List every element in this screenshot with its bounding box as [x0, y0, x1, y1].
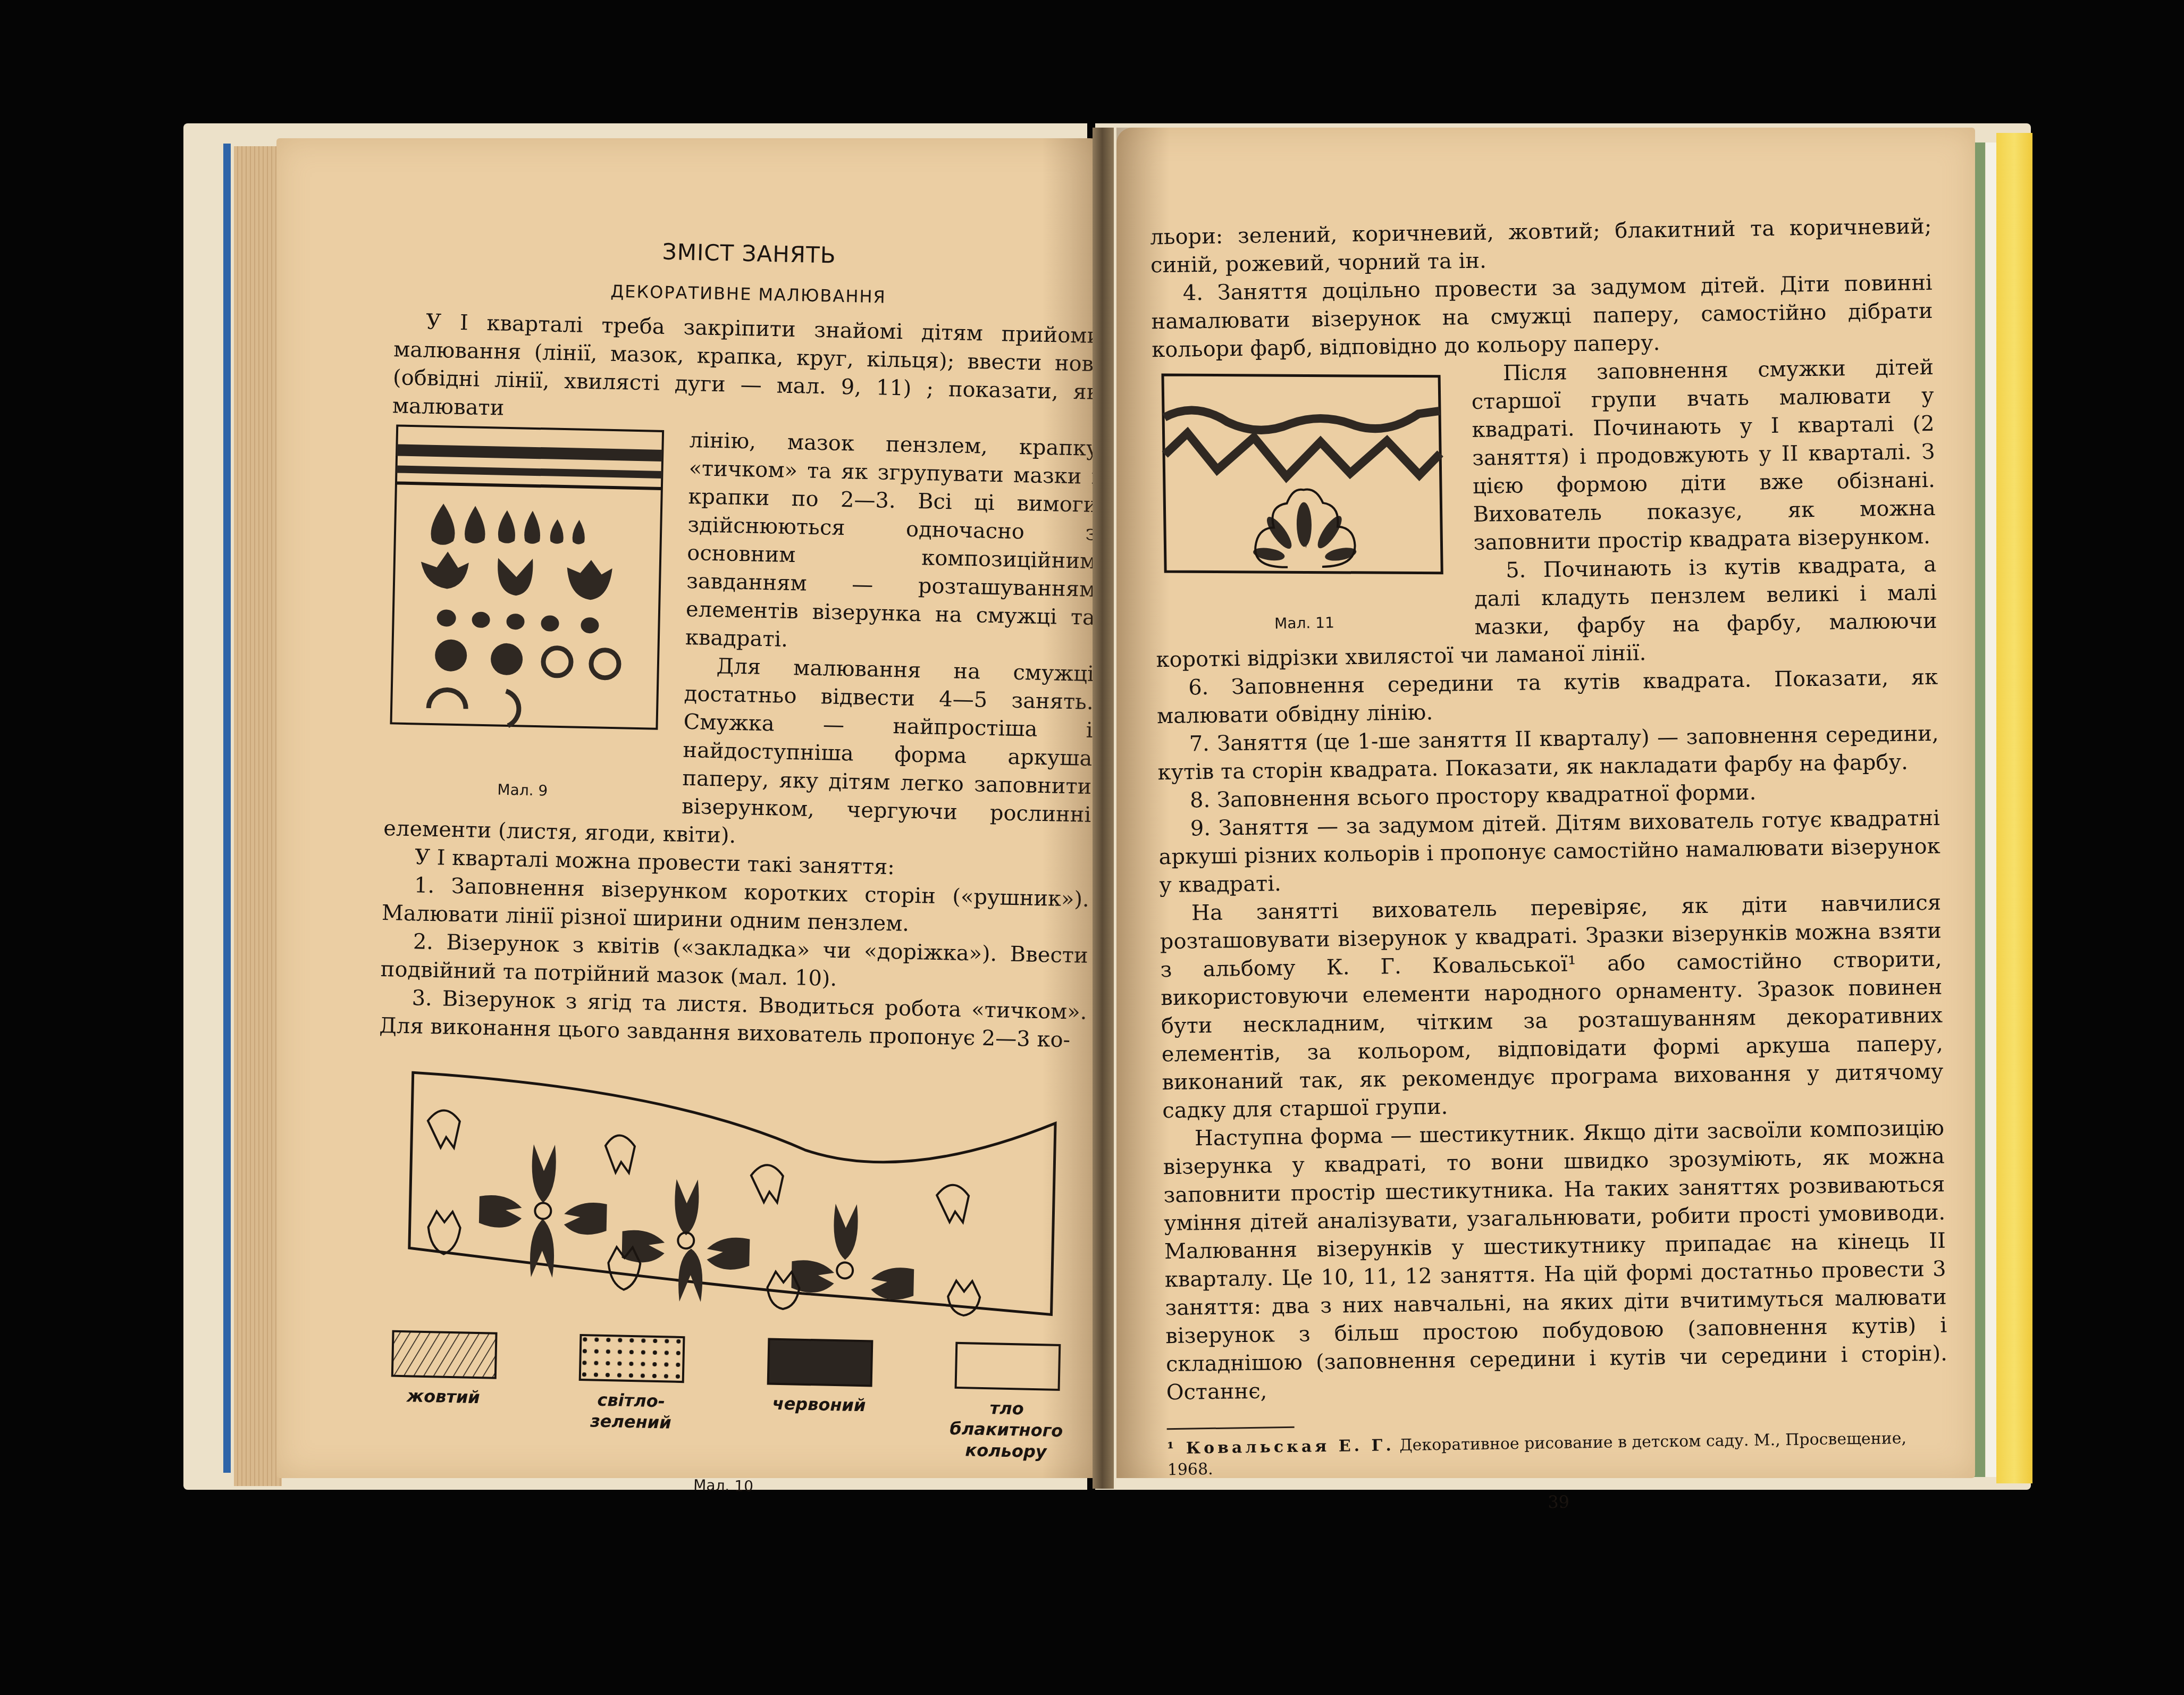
left-page-content: ЗМІСТ ЗАНЯТЬ ДЕКОРАТИВНЕ МАЛЮВАННЯ У I к… [369, 226, 1103, 1507]
right-page-content: льори: зелений, коричневий, жовтий; блак… [1150, 213, 1950, 1522]
empty-swatch [954, 1341, 1062, 1391]
paragraph: На занятті вихователь перевіряє, як діти… [1160, 889, 1944, 1125]
cover-blue-stripe [223, 144, 231, 1473]
figure-9-illustration [385, 420, 668, 756]
figure-9: Мал. 9 [384, 420, 668, 807]
footnote-divider [1167, 1427, 1295, 1430]
hatched-swatch [391, 1330, 498, 1380]
list-item: 4. Заняття доцільно провести за задумом … [1151, 269, 1934, 365]
legend-item-blue-background: тло блакитного кольору [945, 1341, 1070, 1463]
legend-item-red: червоний [757, 1337, 881, 1459]
cover-green-stripe [1973, 142, 1985, 1477]
legend-label: жовтий [407, 1385, 480, 1408]
left-page: ЗМІСТ ЗАНЯТЬ ДЕКОРАТИВНЕ МАЛЮВАННЯ У I к… [276, 138, 1106, 1478]
legend-label: червоний [772, 1393, 866, 1416]
dotted-swatch [578, 1333, 686, 1383]
list-item: 9. Заняття — за задумом дітей. Дітям вих… [1158, 804, 1941, 900]
paragraph: льори: зелений, коричневий, жовтий; блак… [1150, 213, 1932, 280]
footnote: ¹ Ковальская Е. Г. Декоративное рисовани… [1167, 1428, 1949, 1481]
page-title: ЗМІСТ ЗАНЯТЬ [396, 232, 1103, 275]
book-spine [1093, 128, 1114, 1489]
list-item: 7. Заняття (це 1-ше заняття II кварталу)… [1157, 720, 1939, 787]
figure-11-illustration [1152, 360, 1453, 588]
figure-11-caption: Мал. 11 [1155, 607, 1454, 639]
figure-9-caption: Мал. 9 [384, 773, 661, 807]
figure-10-caption: Мал. 10 [369, 1464, 1077, 1507]
footnote-author: ¹ Ковальская Е. Г. [1167, 1436, 1395, 1458]
figure-10-legend: жовтий світло-зелений червоний [371, 1329, 1080, 1463]
legend-label: світло-зелений [569, 1389, 693, 1434]
legend-label: тло блакитного кольору [945, 1396, 1068, 1463]
list-item: 6. Заповнення середини та кутів квадрата… [1156, 664, 1938, 731]
figure-10-illustration [398, 1062, 1062, 1320]
right-page: льори: зелений, коричневий, жовтий; блак… [1116, 128, 1975, 1478]
legend-item-yellow: жовтий [381, 1329, 506, 1451]
paragraph: Наступна форма — шестикутник. Якщо діти … [1163, 1114, 1948, 1407]
solid-swatch [766, 1337, 873, 1387]
cover-white-stripe [1986, 142, 1996, 1477]
figure-10: жовтий світло-зелений червоний [369, 1061, 1086, 1507]
intro-paragraph: У I кварталі треба закріпити знайомі діт… [392, 307, 1101, 435]
page-stack-edge [234, 146, 282, 1486]
page-number: 39 [1167, 1483, 1950, 1522]
cover-yellow-edge [1996, 133, 2032, 1483]
legend-item-light-green: світло-зелений [569, 1333, 694, 1455]
figure-11: Мал. 11 [1152, 360, 1454, 640]
